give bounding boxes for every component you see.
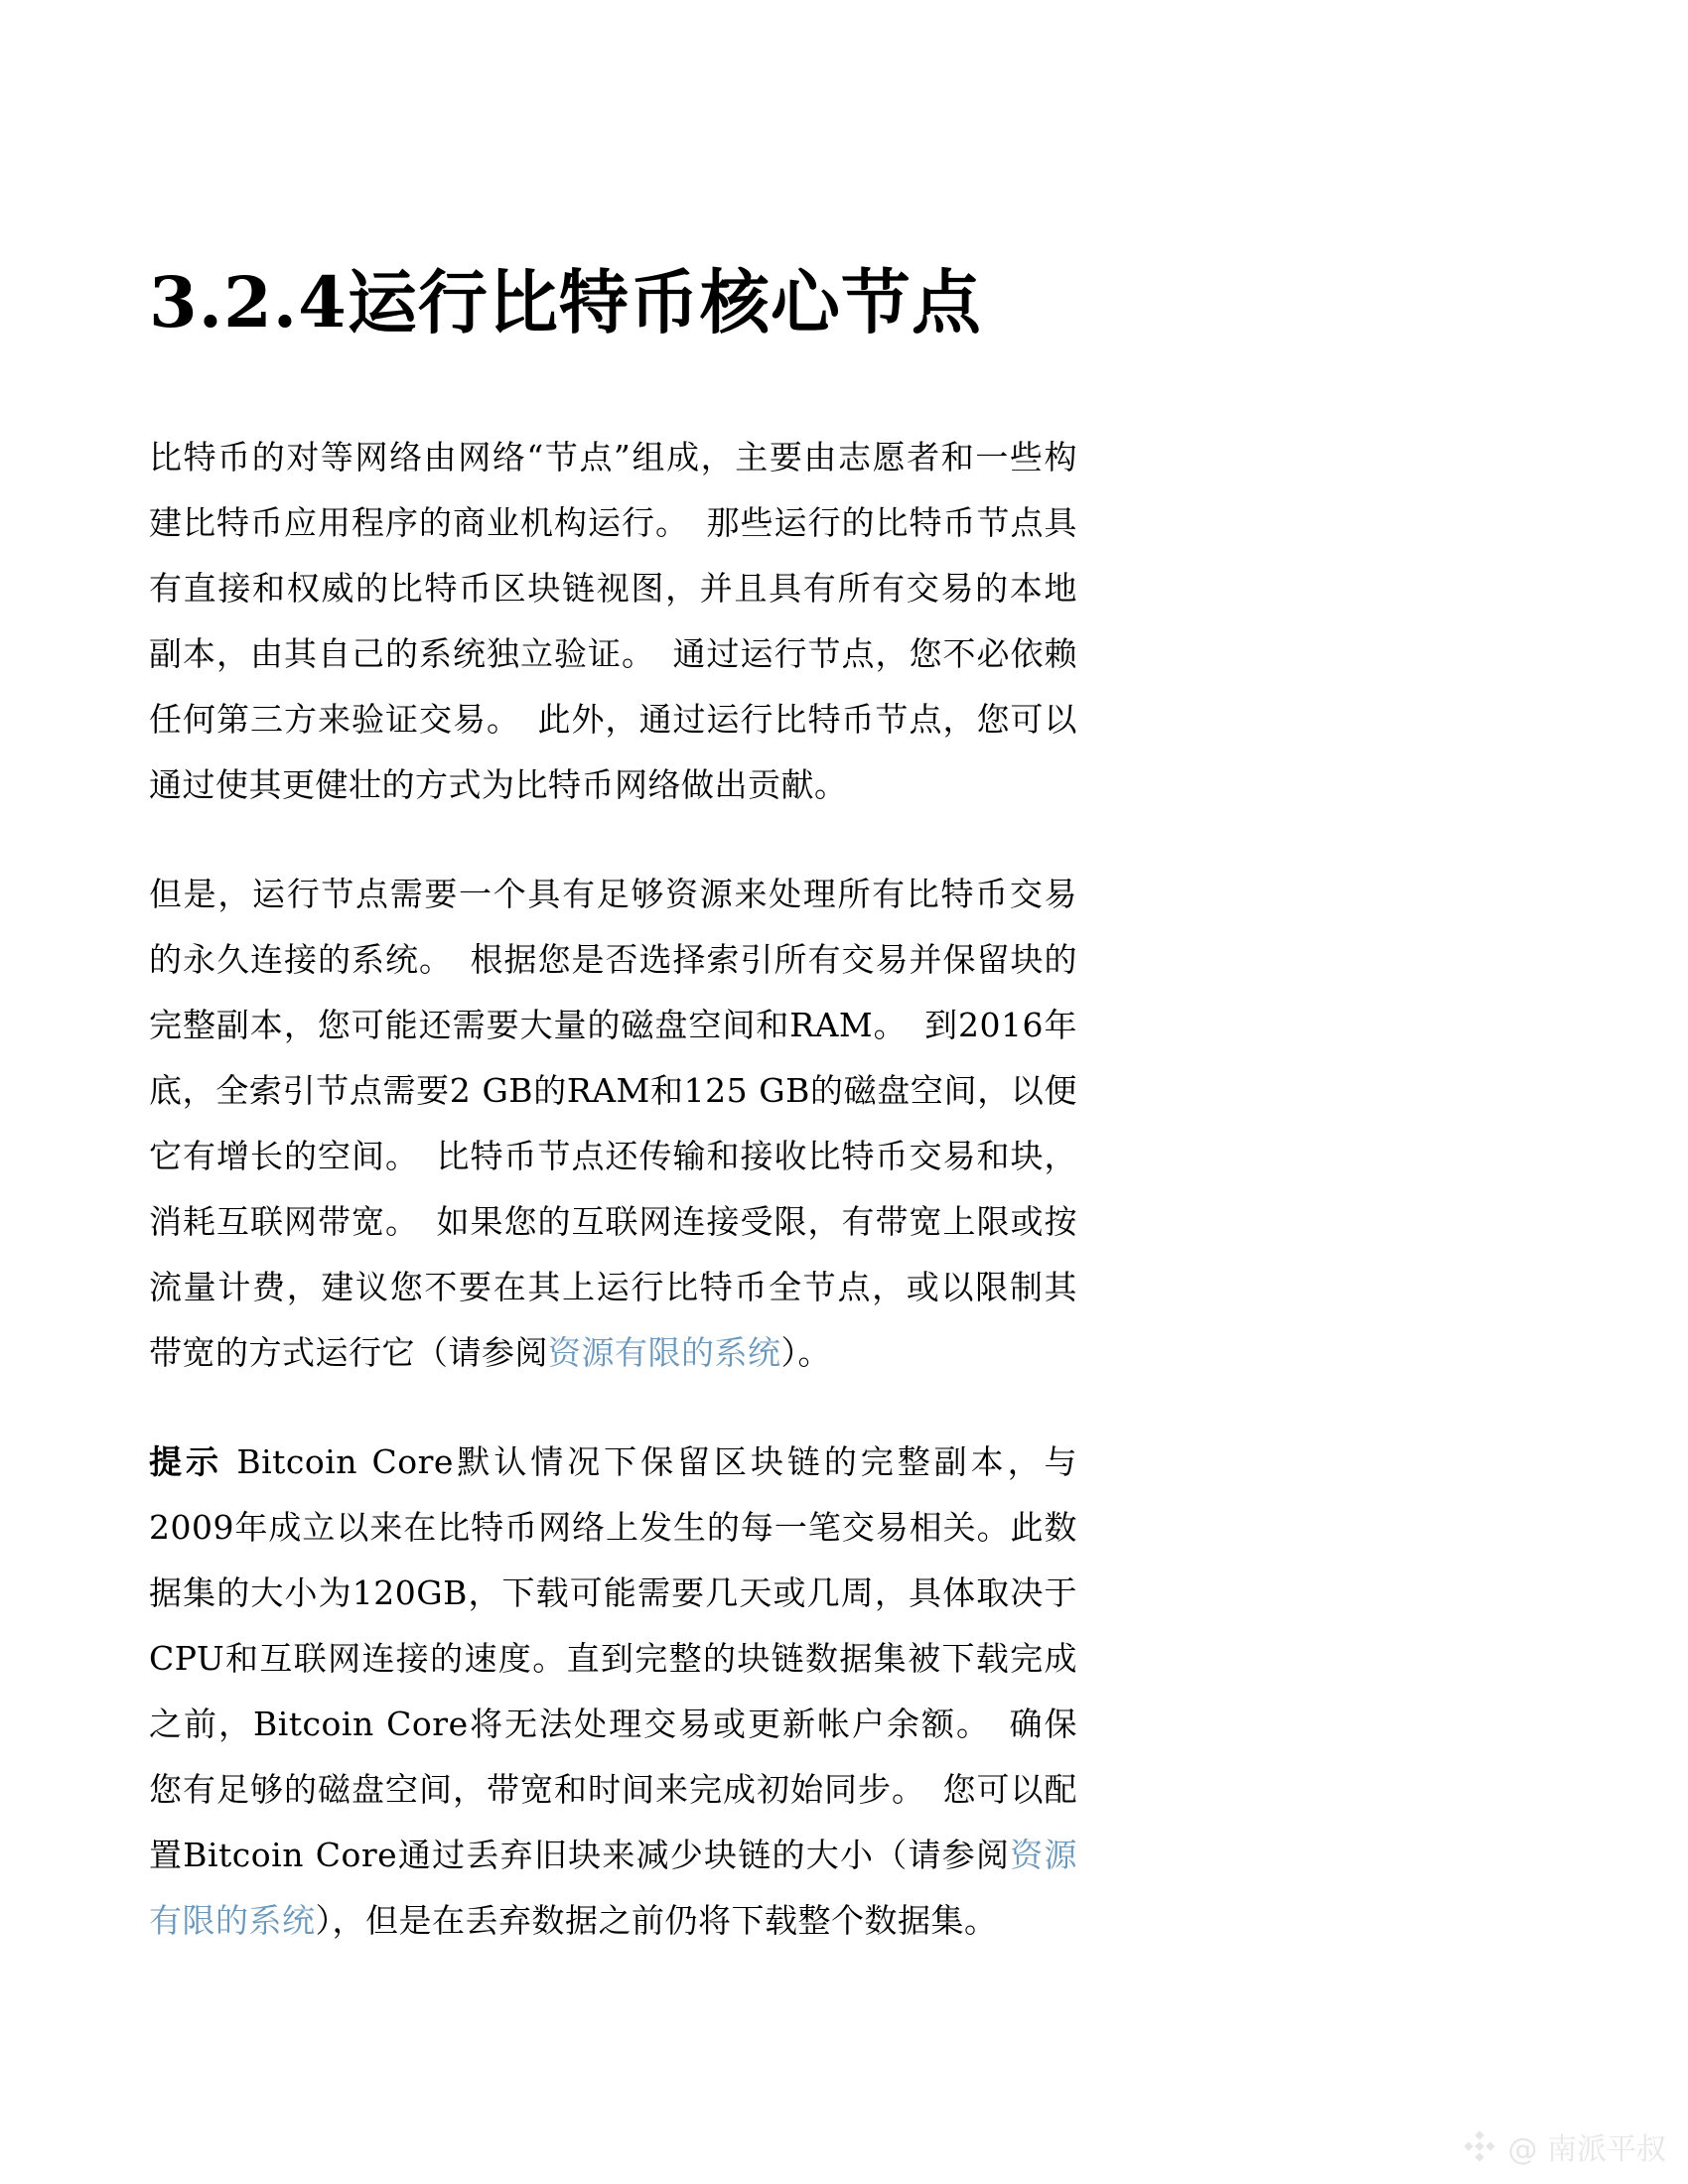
paragraph-tip: 提示 Bitcoin Core默认情况下保留区块链的完整副本，与2009年成立以…	[149, 1430, 1077, 1954]
text-run: ）。	[781, 1333, 832, 1372]
watermark: @ 南派平叔	[1462, 2124, 1666, 2168]
section-title: 3.2.4运行比特币核心节点	[149, 266, 1077, 340]
text-run: 但是，运行节点需要一个具有足够资源来处理所有比特币交易的永久连接的系统。 根据您…	[149, 875, 1077, 1372]
text-run: 比特币的对等网络由网络“节点”组成，主要由志愿者和一些构建比特币应用程序的商业机…	[149, 438, 1077, 804]
text-run: Bitcoin Core默认情况下保留区块链的完整副本，与2009年成立以来在比…	[149, 1442, 1077, 1874]
paragraph-requirements: 但是，运行节点需要一个具有足够资源来处理所有比特币交易的永久连接的系统。 根据您…	[149, 862, 1077, 1386]
document-content: 3.2.4运行比特币核心节点 比特币的对等网络由网络“节点”组成，主要由志愿者和…	[149, 266, 1077, 1997]
watermark-text: @ 南派平叔	[1507, 2124, 1666, 2168]
tip-label: 提示	[149, 1442, 222, 1481]
diamond-logo-icon	[1462, 2128, 1497, 2164]
document-page: 3.2.4运行比特币核心节点 比特币的对等网络由网络“节点”组成，主要由志愿者和…	[0, 0, 1688, 2184]
resource-limited-systems-link[interactable]: 资源有限的系统	[548, 1333, 781, 1372]
paragraph-intro: 比特币的对等网络由网络“节点”组成，主要由志愿者和一些构建比特币应用程序的商业机…	[149, 425, 1077, 818]
text-run: ），但是在丢弃数据之前仍将下载整个数据集。	[316, 1901, 998, 1940]
